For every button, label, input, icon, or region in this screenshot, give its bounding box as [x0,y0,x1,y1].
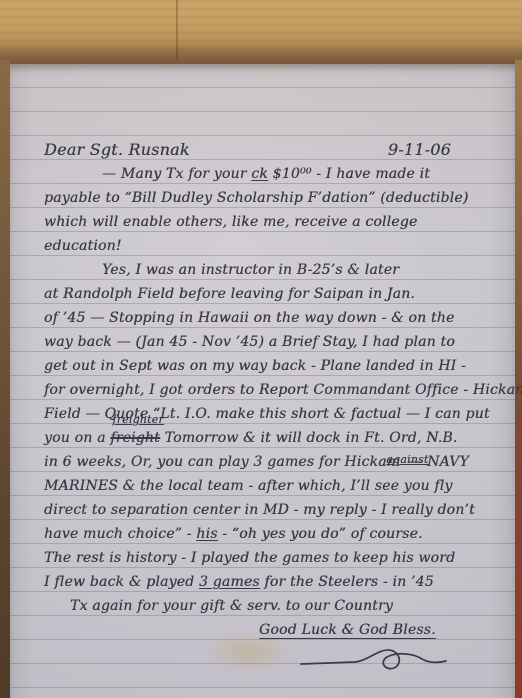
letter-line: for overnight, I got orders to Report Co… [44,378,503,402]
letter-line: in 6 weeks, Or, you can play 3 games for… [44,450,503,474]
letter-line: at Randolph Field before leaving for Sai… [44,282,503,306]
underlined-word: ck [251,166,268,182]
letter-line: payable to “Bill Dudley Scholarship F’da… [44,186,503,210]
letter-line: have much choice” - his - “oh yes you do… [44,522,503,546]
letter-line: you on a freightfreighter Tomorrow & it … [44,426,503,450]
letter-line: way back — (Jan 45 - Nov ’45) a Brief St… [44,330,503,354]
letter-line: Tx again for your gift & serv. to our Co… [44,594,503,618]
signature [299,642,449,678]
struck-word: freight [110,430,160,446]
letter-line: I flew back & played 3 games for the Ste… [44,570,503,594]
letter-line: get out in Sept was on my way back - Pla… [44,354,503,378]
wood-seam [176,0,178,60]
letter-line: education! [44,234,503,258]
inserted-word: against [386,454,428,465]
letter-line: — Many Tx for your ck $10⁰⁰ - I have mad… [44,162,503,186]
letter-closing: Good Luck & God Bless. [44,618,503,642]
underlined-word: his [196,526,217,542]
letter-line: direct to separation center in MD - my r… [44,498,503,522]
frame-edge-left [0,60,10,698]
letter-line: MARINES & the local team - after which, … [44,474,503,498]
letter-line: The rest is history - I played the games… [44,546,503,570]
signature-row [44,642,503,682]
wood-shelf-edge [0,0,522,70]
frame-edge-right [515,60,522,698]
letter-line: of ’45 — Stopping in Hawaii on the way d… [44,306,503,330]
letter-line: which will enable others, like me, recei… [44,210,503,234]
notepad-paper: Dear Sgt. Rusnak 9-11-06 — Many Tx for y… [10,64,515,698]
letter-date: 9-11-06 [388,138,451,162]
strikethrough-edit: freightfreighter [110,426,160,450]
letter-photo: Dear Sgt. Rusnak 9-11-06 — Many Tx for y… [0,0,522,698]
letter-line: Yes, I was an instructor in B-25’s & lat… [44,258,503,282]
underlined-word: 3 games [199,574,260,590]
greeting: Dear Sgt. Rusnak [44,138,190,162]
letter-heading: Dear Sgt. Rusnak 9-11-06 [44,138,503,162]
letter-content: Dear Sgt. Rusnak 9-11-06 — Many Tx for y… [10,138,515,682]
inserted-word: freighter [112,414,163,425]
